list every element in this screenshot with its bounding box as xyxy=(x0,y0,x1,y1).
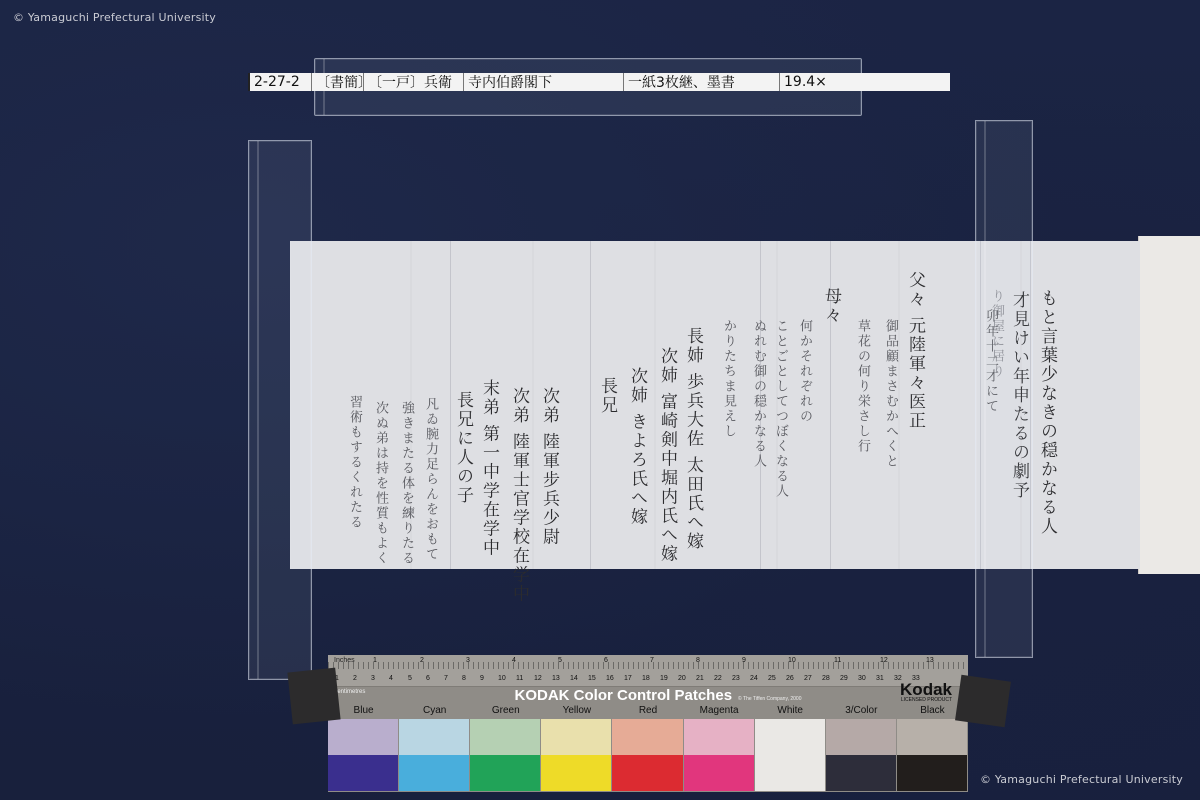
acrylic-weight-left xyxy=(248,140,312,680)
kodak-copyright: © The Tiffen Company, 2000 xyxy=(738,696,801,702)
text-column: 次弟 陸軍士官学校在学中 xyxy=(510,387,527,603)
color-patches xyxy=(328,719,968,791)
text-column: 父々 元陸軍々医正 xyxy=(906,271,923,430)
text-column: 長兄に人の子 xyxy=(454,391,471,505)
catalog-type: 〔書簡〕 xyxy=(312,73,364,91)
text-column: 長姉 歩兵大佐 太田氏へ嫁 xyxy=(684,327,701,551)
acrylic-weight-right xyxy=(975,120,1033,658)
patch-yellow xyxy=(541,719,612,791)
patch-labels: Blue Cyan Green Yellow Red Magenta White… xyxy=(328,705,968,719)
text-column: 次姉 富崎剣中堀内氏へ嫁 xyxy=(658,347,675,563)
text-column: 長兄 xyxy=(598,377,615,415)
catalog-sender: 〔一戸〕兵衛 xyxy=(364,73,464,91)
patch-label-green: Green xyxy=(470,705,541,719)
measurement-ruler: Inches 1 2 3 4 5 6 7 8 9 10 11 12 13 1 2… xyxy=(328,655,968,687)
patch-label-red: Red xyxy=(612,705,683,719)
patch-white xyxy=(755,719,826,791)
catalog-size: 19.4× xyxy=(780,73,870,91)
patch-3color xyxy=(826,719,897,791)
patch-green xyxy=(470,719,541,791)
copyright-watermark-bottom: © Yamaguchi Prefectural University xyxy=(980,773,1183,786)
kodak-logo: Kodak LICENSED PRODUCT xyxy=(900,681,952,703)
patch-blue xyxy=(328,719,399,791)
text-column: 母々 xyxy=(822,287,839,325)
black-tape-right xyxy=(955,675,1011,728)
patch-magenta xyxy=(684,719,755,791)
patch-cyan xyxy=(399,719,470,791)
patch-black xyxy=(897,719,968,791)
catalog-label-strip: 2-27-2 〔書簡〕 〔一戸〕兵衛 寺内伯爵閣下 一紙3枚継、墨書 19.4× xyxy=(248,73,950,91)
patch-label-3color: 3/Color xyxy=(826,705,897,719)
text-column: 末弟 第一中学在学中 xyxy=(480,379,497,557)
text-column: 次姉 きよろ氏へ嫁 xyxy=(628,367,645,526)
copyright-watermark-top: © Yamaguchi Prefectural University xyxy=(13,11,216,24)
patch-label-yellow: Yellow xyxy=(541,705,612,719)
kodak-color-chart: Inches 1 2 3 4 5 6 7 8 9 10 11 12 13 1 2… xyxy=(328,655,968,792)
patch-label-white: White xyxy=(755,705,826,719)
text-column: 次弟 陸軍步兵少尉 xyxy=(540,387,557,546)
catalog-recipient: 寺内伯爵閣下 xyxy=(464,73,624,91)
ruler-inch-label: Inches xyxy=(334,657,355,664)
catalog-format: 一紙3枚継、墨書 xyxy=(624,73,780,91)
rolled-paper-end xyxy=(1138,236,1200,574)
black-tape-left xyxy=(287,668,340,725)
catalog-id: 2-27-2 xyxy=(250,73,312,91)
patch-label-cyan: Cyan xyxy=(399,705,470,719)
kodak-title: KODAK Color Control Patches© The Tiffen … xyxy=(328,687,968,704)
patch-label-magenta: Magenta xyxy=(684,705,755,719)
patch-red xyxy=(612,719,683,791)
